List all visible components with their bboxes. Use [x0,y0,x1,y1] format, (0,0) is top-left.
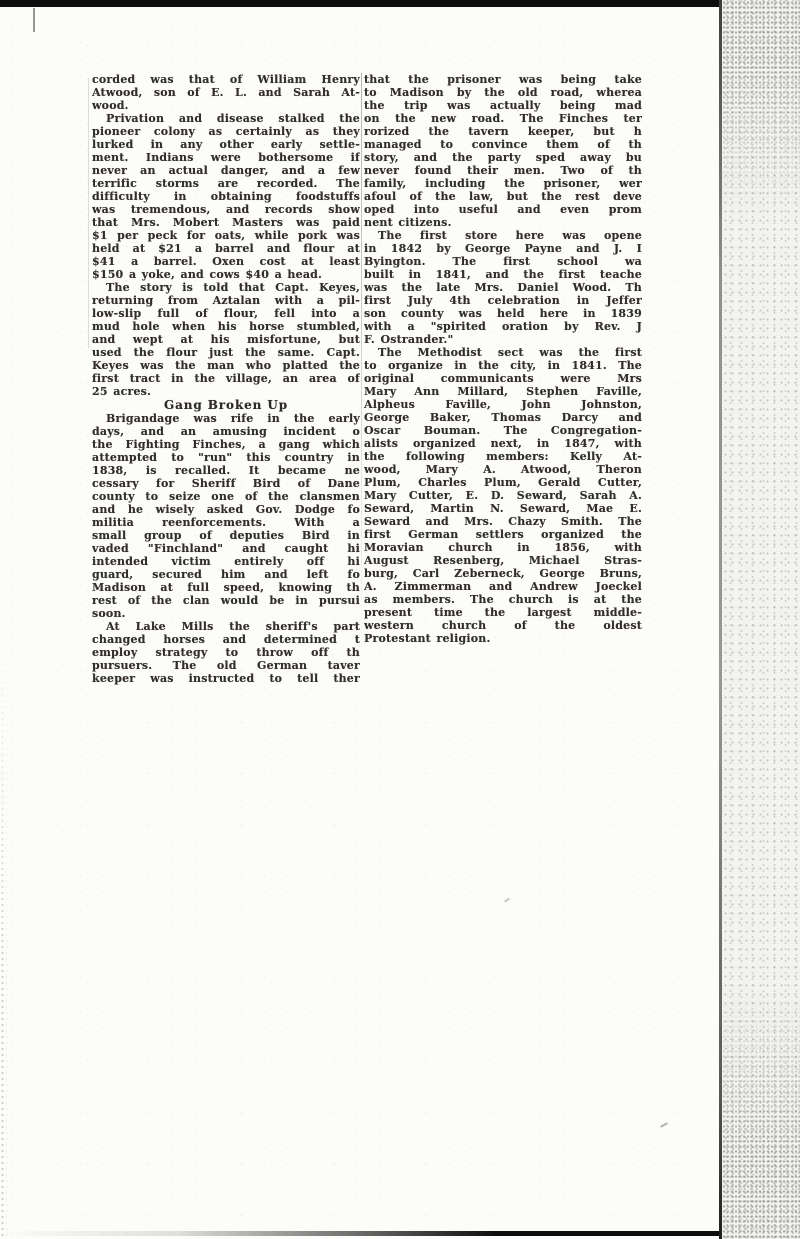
text-line: Byington. The first school wa [364,255,642,268]
text-line: intended victim entirely off hi [92,555,360,568]
pencil-mark [660,1122,668,1128]
text-line: on the new road. The Finches ter [364,112,642,125]
text-line: wood. [92,99,360,112]
text-line: attempted to "run" this country in [92,451,360,464]
text-line: days, and an amusing incident o [92,425,360,438]
text-line: Alpheus Faville, John Johnston, [364,398,642,411]
text-line: $41 a barrel. Oxen cost at least [92,255,360,268]
text-line: original communicants were Mrs [364,372,642,385]
text-line: August Resenberg, Michael Stras- [364,554,642,567]
text-line: rorized the tavern keeper, but h [364,125,642,138]
text-line: first July 4th celebration in Jeffer [364,294,642,307]
text-line: that Mrs. Mobert Masters was paid [92,216,360,229]
text-line: corded was that of William Henry [92,73,360,86]
text-line: $1 per peck for oats, while pork was [92,229,360,242]
pencil-mark [504,897,510,902]
text-line: lurked in any other early settle- [92,138,360,151]
text-line: $150 a yoke, and cows $40 a head. [92,268,360,281]
text-line: A. Zimmerman and Andrew Joeckel [364,580,642,593]
text-line: The Methodist sect was the first [364,346,642,359]
text-line: rest of the clan would be in pursui [92,594,360,607]
text-line: oped into useful and even prom [364,203,642,216]
text-line: The first store here was opene [364,229,642,242]
scan-right-margin-strip [722,0,800,1239]
scan-noise-bottom-right [722,989,800,1239]
text-line: cessary for Sheriff Bird of Dane [92,477,360,490]
text-line: Seward, Martin N. Seward, Mae E. [364,502,642,515]
text-line: nent citizens. [364,216,642,229]
text-line: militia reenforcements. With a [92,516,360,529]
text-line: Seward and Mrs. Chazy Smith. The [364,515,642,528]
text-line: built in 1841, and the first teache [364,268,642,281]
left-column-text-top: corded was that of William HenryAtwood, … [92,73,360,398]
text-line: Mary Cutter, E. D. Seward, Sarah A. [364,489,642,502]
text-line: Atwood, son of E. L. and Sarah At- [92,86,360,99]
article: corded was that of William HenryAtwood, … [92,73,642,685]
text-line: never an actual danger, and a few [92,164,360,177]
text-line: returning from Aztalan with a pil- [92,294,360,307]
scan-noise-bottom-left [0,620,7,1239]
text-line: and wept at his misfortune, but [92,333,360,346]
text-line: held at $21 a barrel and flour at [92,242,360,255]
text-line: county to seize one of the clansmen [92,490,360,503]
text-line: to organize in the city, in 1841. The [364,359,642,372]
text-line: vaded "Finchland" and caught hi [92,542,360,555]
text-line: afoul of the law, but the rest deve [364,190,642,203]
text-line: was tremendous, and records show [92,203,360,216]
text-line: family, including the prisoner, wer [364,177,642,190]
text-line: pursuers. The old German taver [92,659,360,672]
column-divider-rule [361,73,362,673]
text-line: mud hole when his horse stumbled, [92,320,360,333]
text-line: difficulty in obtaining foodstuffs [92,190,360,203]
text-line: alists organized next, in 1847, with [364,437,642,450]
text-line: Plum, Charles Plum, Gerald Cutter, [364,476,642,489]
text-line: never found their men. Two of th [364,164,642,177]
text-line: present time the largest middle- [364,606,642,619]
text-line: 1838, is recalled. It became ne [92,464,360,477]
text-line: low-slip full of flour, fell into a [92,307,360,320]
section-heading: Gang Broken Up [92,398,360,412]
text-line: the following members: Kelly At- [364,450,642,463]
text-line: son county was held here in 1839 [364,307,642,320]
text-line: burg, Carl Zeberneck, George Bruns, [364,567,642,580]
text-line: Moravian church in 1856, with [364,541,642,554]
text-line: Privation and disease stalked the [92,112,360,125]
text-line: Protestant religion. [364,632,642,645]
text-line: in 1842 by George Payne and J. I [364,242,642,255]
text-line: Mary Ann Millard, Stephen Faville, [364,385,642,398]
text-line: the Fighting Finches, a gang which [92,438,360,451]
text-line: western church of the oldest [364,619,642,632]
text-line: that the prisoner was being take [364,73,642,86]
text-line: George Baker, Thomas Darcy and [364,411,642,424]
left-column-text-bottom: Brigandage was rife in the earlydays, an… [92,412,360,685]
text-line: with a "spirited oration by Rev. J [364,320,642,333]
right-column-text: that the prisoner was being taketo Madis… [364,73,642,645]
scan-bottom-edge-bar [0,1231,800,1236]
text-line: changed horses and determined t [92,633,360,646]
text-line: was the late Mrs. Daniel Wood. Th [364,281,642,294]
text-line: Brigandage was rife in the early [92,412,360,425]
text-line: At Lake Mills the sheriff's part [92,620,360,633]
article-column-left: corded was that of William HenryAtwood, … [92,73,360,685]
text-line: ment. Indians were bothersome if [92,151,360,164]
text-line: story, and the party sped away bu [364,151,642,164]
text-line: Keyes was the man who platted the [92,359,360,372]
text-line: terrific storms are recorded. The [92,177,360,190]
text-line: The story is told that Capt. Keyes, [92,281,360,294]
text-line: keeper was instructed to tell ther [92,672,360,685]
text-line: used the flour just the same. Capt. [92,346,360,359]
text-line: small group of deputies Bird in [92,529,360,542]
text-line: managed to convince them of th [364,138,642,151]
text-line: Madison at full speed, knowing th [92,581,360,594]
text-line: to Madison by the old road, wherea [364,86,642,99]
text-line: the trip was actually being mad [364,99,642,112]
text-line: guard, secured him and left fo [92,568,360,581]
column-left-rule [88,78,89,348]
text-line: Oscar Bouman. The Congregation- [364,424,642,437]
text-line: as members. The church is at the [364,593,642,606]
text-line: first German settlers organized the [364,528,642,541]
text-line: F. Ostrander." [364,333,642,346]
scan-top-edge-bar [0,0,722,7]
text-line: first tract in the village, an area of [92,372,360,385]
text-line: wood, Mary A. Atwood, Theron [364,463,642,476]
text-line: 25 acres. [92,385,360,398]
text-line: soon. [92,607,360,620]
text-line: employ strategy to throw off th [92,646,360,659]
scan-mark-top-left [33,8,35,32]
article-column-right: that the prisoner was being taketo Madis… [364,73,642,685]
scan-noise-top-right [722,0,800,215]
text-line: and he wisely asked Gov. Dodge fo [92,503,360,516]
text-line: pioneer colony as certainly as they [92,125,360,138]
